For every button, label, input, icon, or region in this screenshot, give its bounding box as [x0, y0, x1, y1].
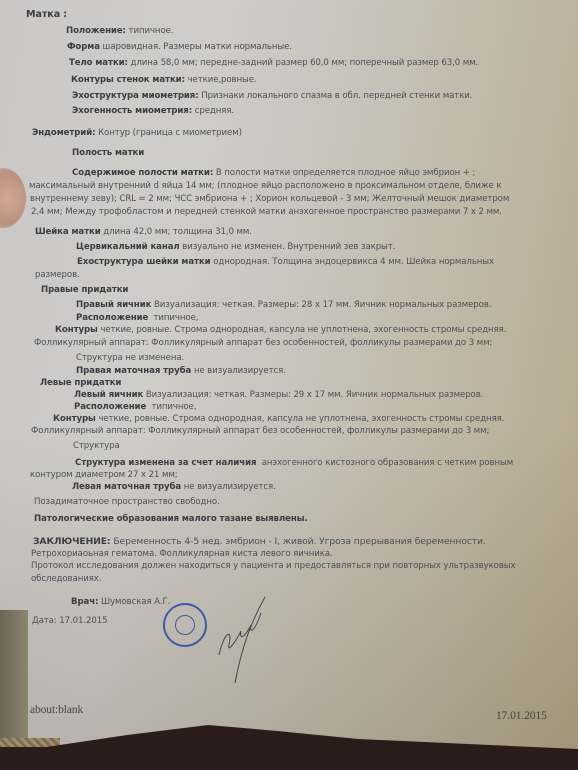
cavity-contents: Содержимое полости матки: В полости матк…	[72, 168, 475, 179]
cavity-line-4: 2,4 мм; Между трофобластом и передней ст…	[31, 207, 502, 218]
conclusion-line-4: обследованиях.	[31, 574, 101, 585]
left-location: Расположение типичное,	[74, 402, 196, 413]
right-follicular: Фолликулярный аппарат: Фолликулярный апп…	[34, 338, 492, 349]
left-structure: Структура	[73, 441, 120, 452]
uterus-shape: Форма шаровидная. Размеры матки нормальн…	[67, 42, 292, 53]
right-structure: Структура не изменена.	[76, 353, 184, 364]
conclusion-line-3: Протокол исследования должен находиться …	[31, 561, 515, 572]
uterus-position: Положение: типичное.	[66, 26, 173, 37]
cavity-heading: Полость матки	[72, 148, 144, 159]
uterus-contours: Контуры стенок матки: четкие,ровные.	[71, 75, 257, 86]
left-contours: Контуры четкие, ровные. Строма однородна…	[53, 414, 504, 425]
footer-date: 17.01.2015	[496, 711, 547, 722]
conclusion: ЗАКЛЮЧЕНИЕ: Беременность 4-5 нед. эмбрио…	[33, 536, 486, 547]
endometrium: Эндометрий: Контур (граница с миометрием…	[32, 128, 242, 139]
conclusion-line-2: Ретрохориаоьная гематома. Фолликулярная …	[31, 549, 333, 560]
right-location: Расположение типичное,	[76, 313, 198, 324]
left-adnexa-heading: Левые придатки	[40, 378, 121, 389]
doctor: Врач: Шумовская А.Г.	[71, 597, 170, 608]
pathology: Патологические образования малого тазане…	[34, 514, 308, 525]
myometrium-structure: Эхоструктура миометрия: Признаки локальн…	[72, 91, 472, 102]
myometrium-echogenicity: Эхогенность миометрия: средняя.	[72, 106, 234, 117]
footer-url: about:blank	[30, 705, 83, 716]
right-adnexa-heading: Правые придатки	[41, 285, 128, 296]
cavity-line-3: внутреннему зеву); CRL = 2 мм; ЧСС эмбри…	[30, 194, 509, 205]
cervix-structure: Ехоструктура шейки матки однородная. Тол…	[77, 257, 494, 268]
left-follicular: Фолликулярный аппарат: Фолликулярный апп…	[31, 426, 489, 437]
doctor-stamp	[163, 603, 207, 647]
cervix: Шейка матки длина 42,0 мм; толщина 31,0 …	[35, 227, 252, 238]
cavity-line-2: максимальный внутренний d яйца 14 мм; (п…	[29, 181, 501, 192]
left-structure-cont: контуром диаметром 27 х 21 мм;	[30, 470, 178, 481]
stamp-emblem-icon	[175, 615, 195, 635]
right-tube: Правая маточная труба не визуализируется…	[76, 366, 286, 377]
cervix-structure-cont: размеров.	[35, 270, 80, 281]
exam-date: Дата: 17.01.2015	[32, 616, 108, 627]
left-ovary: Левый яичник Визуализация: четкая. Разме…	[74, 390, 483, 401]
left-structure-changed: Структура изменена за счет наличия анэхо…	[75, 458, 513, 469]
left-tube: Левая маточная труба не визуализируется.	[72, 482, 276, 493]
right-ovary: Правый яичник Визуализация: четкая. Разм…	[76, 300, 491, 311]
cervical-canal: Цервикальний канал визуально не изменен.…	[76, 242, 395, 253]
posterior-space: Позадиматочное пространство свободно.	[34, 497, 220, 508]
uterus-heading: Матка :	[26, 9, 67, 20]
right-contours: Контуры четкие, ровные. Строма однородна…	[55, 325, 506, 336]
uterus-body: Тело матки: длина 58,0 мм; передне-задни…	[69, 58, 478, 69]
signature	[215, 595, 275, 685]
